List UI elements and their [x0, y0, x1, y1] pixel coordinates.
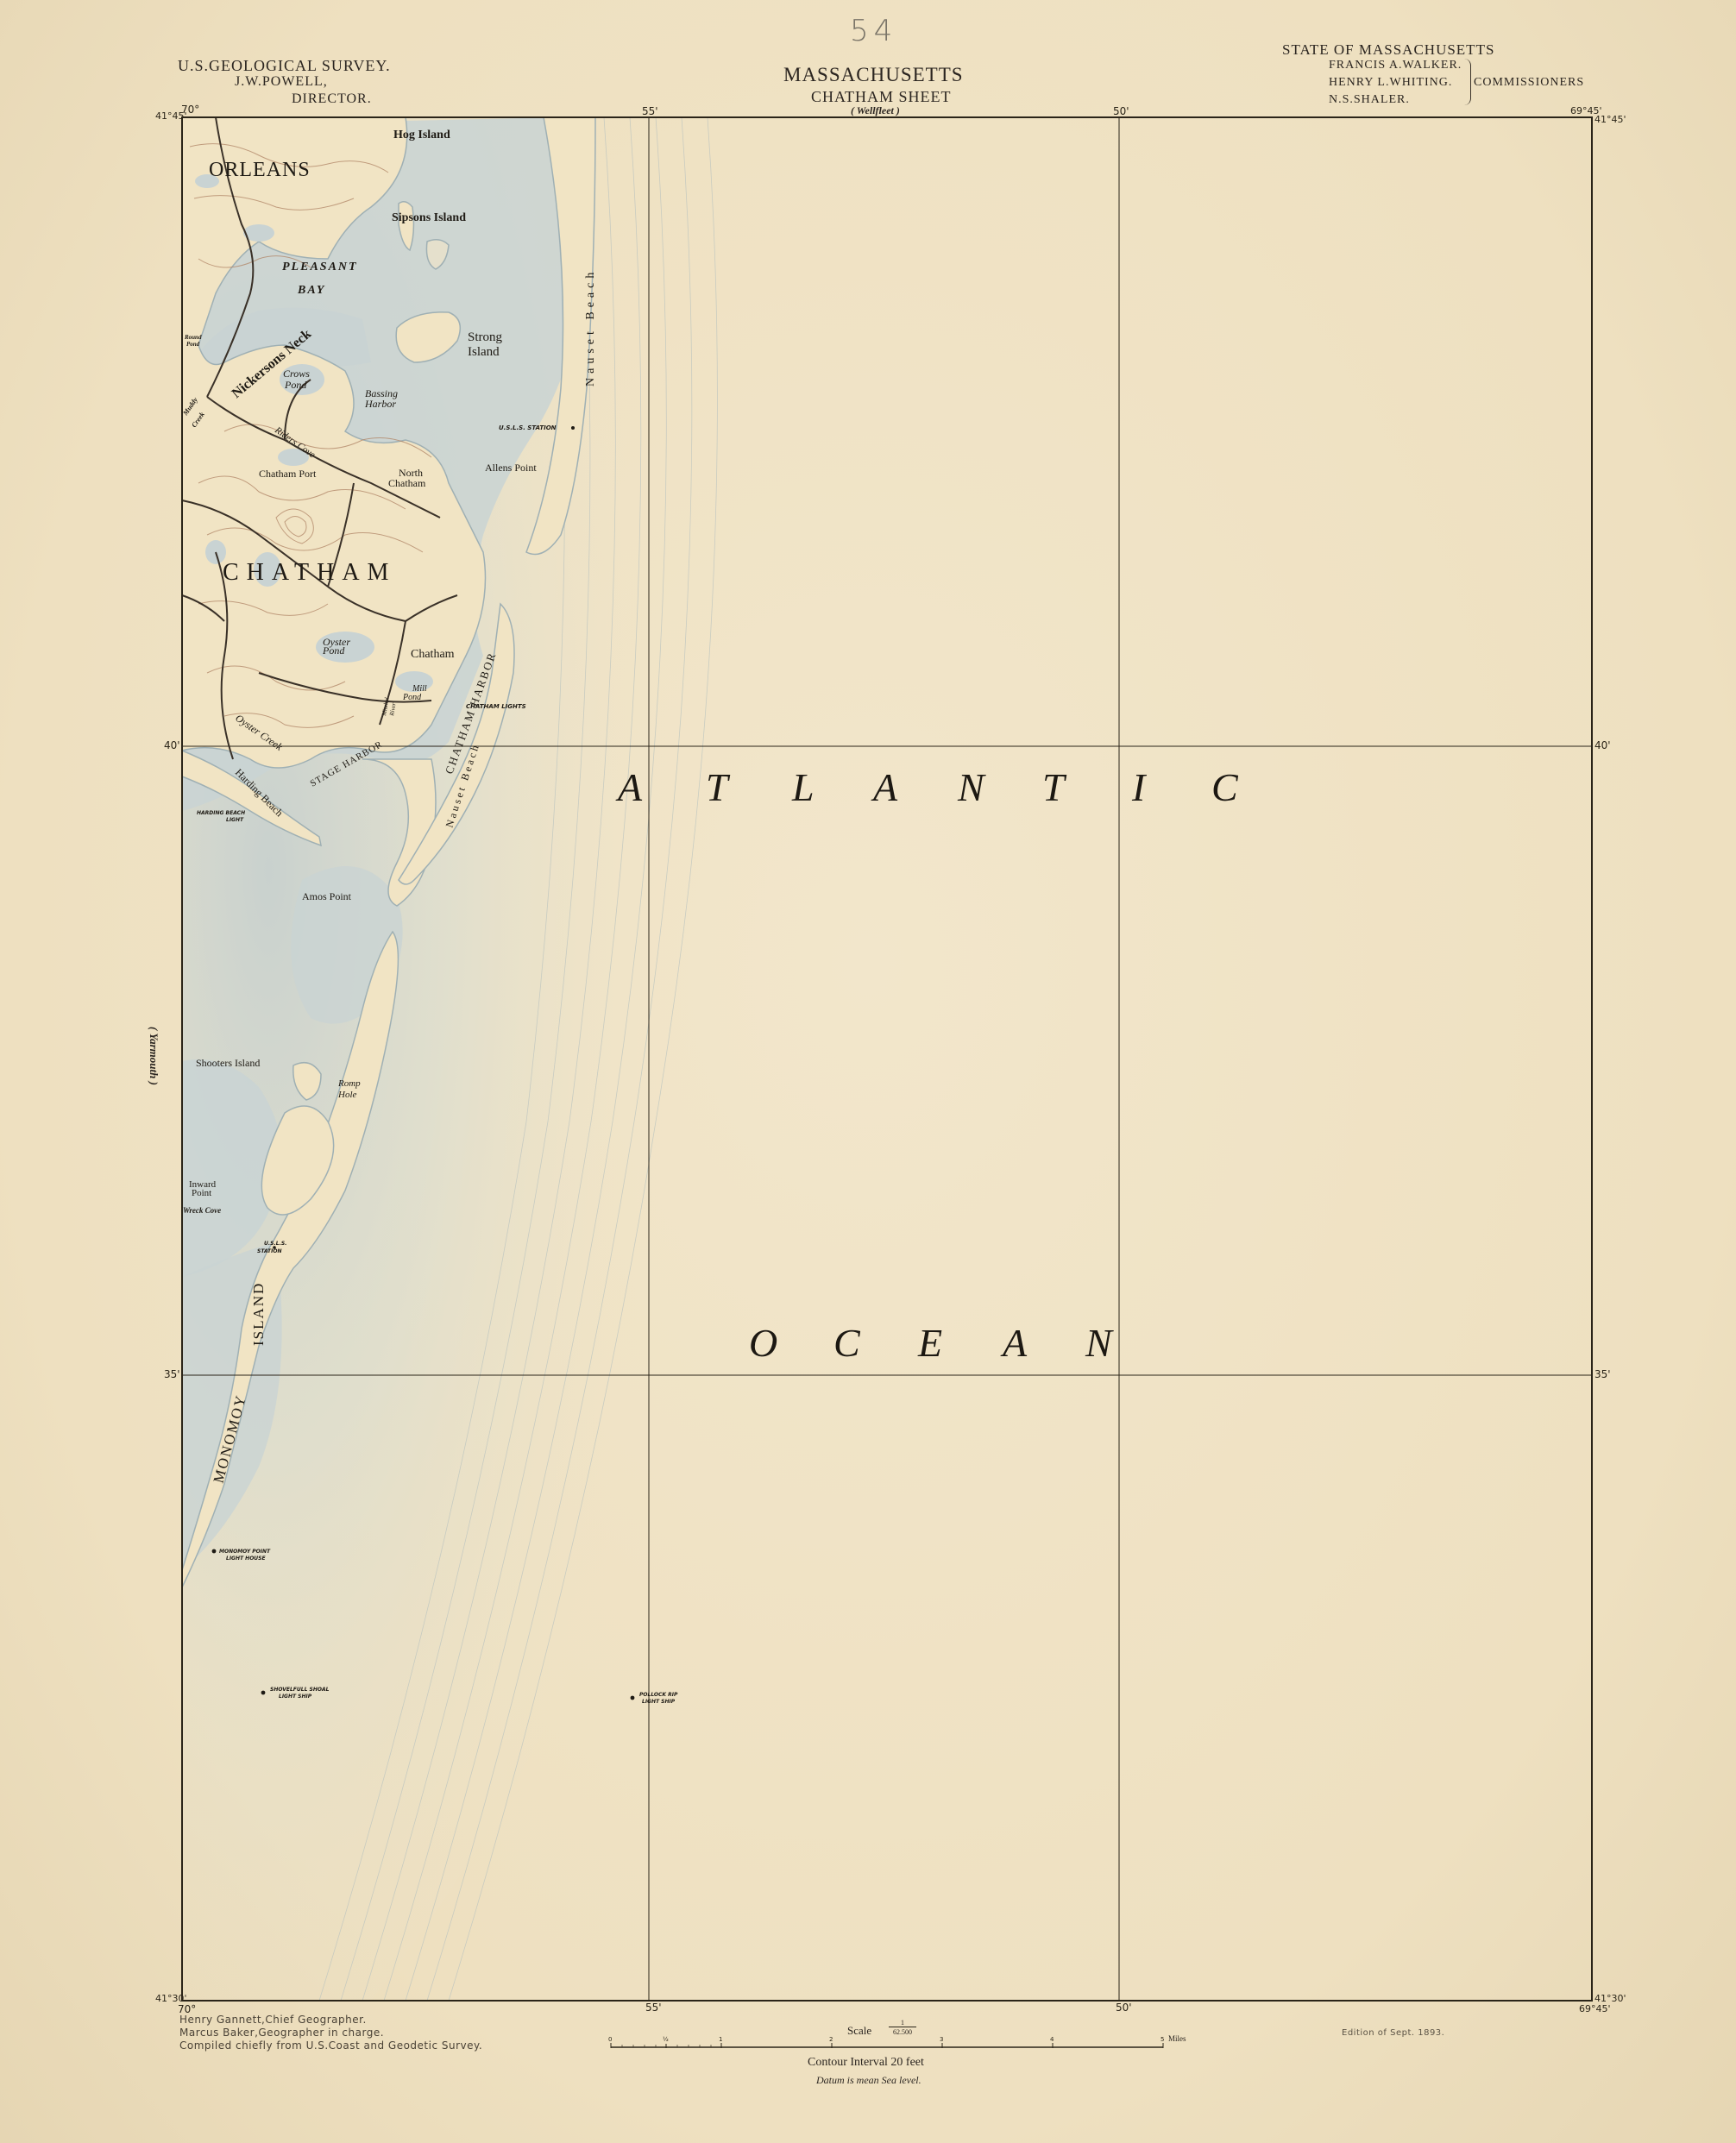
- scale-tick-3: 3: [940, 2036, 943, 2043]
- scale-tick-1: 1: [719, 2036, 722, 2043]
- label-pollock-rip-2: LIGHT SHIP: [642, 1699, 676, 1705]
- label-crows-pond: Crows: [283, 368, 310, 380]
- contour-interval: Contour Interval 20 feet: [808, 2056, 924, 2070]
- monomoy-light-marker: [212, 1549, 217, 1554]
- usls-station-north-marker: [571, 426, 575, 430]
- scale-tick-4: 4: [1050, 2036, 1054, 2043]
- scale-numerator: 1: [889, 2019, 916, 2027]
- label-crows-pond-2: Pond: [284, 379, 307, 391]
- label-shooters-island: Shooters Island: [196, 1057, 260, 1069]
- label-orleans: ORLEANS: [209, 159, 311, 181]
- atlantic-letter: A: [871, 765, 898, 809]
- label-hog-island: Hog Island: [393, 129, 450, 141]
- label-north-chatham-2: Chatham: [388, 477, 426, 489]
- edition-date: Edition of Sept. 1893.: [1342, 2028, 1444, 2038]
- atlantic-letter: I: [1131, 765, 1148, 809]
- label-inward-point-2: Point: [192, 1188, 211, 1198]
- label-harding-light-2: LIGHT: [226, 817, 244, 823]
- ocean-letter: E: [917, 1321, 942, 1365]
- ocean-letter: A: [1000, 1321, 1028, 1365]
- label-romp-hole-2: Hole: [337, 1090, 357, 1100]
- ocean-letter: N: [1085, 1321, 1114, 1365]
- label-sipsons-island: Sipsons Island: [392, 211, 466, 224]
- label-chatham-village: Chatham: [411, 648, 455, 661]
- pollock-rip-marker: [631, 1696, 635, 1700]
- scale-denominator: 62.500: [889, 2028, 916, 2036]
- scale-tick-5: 5: [1160, 2036, 1164, 2043]
- scale-tick-half: ½: [663, 2036, 669, 2043]
- datum-note: Datum is mean Sea level.: [816, 2074, 921, 2087]
- label-chatham-town: CHATHAM: [223, 559, 396, 586]
- ocean-letter: C: [833, 1321, 861, 1365]
- scale-unit: Miles: [1168, 2034, 1186, 2043]
- label-bay: BAY: [297, 284, 325, 297]
- label-romp-hole: Romp: [337, 1078, 361, 1089]
- label-pleasant: PLEASANT: [282, 261, 358, 273]
- scale-tick-0: 0: [608, 2036, 612, 2043]
- label-harding-light: HARDING BEACH: [197, 810, 245, 816]
- shovelfull-marker: [261, 1691, 266, 1695]
- label-monomoy-light-2: LIGHT HOUSE: [226, 1555, 266, 1562]
- scale-label: Scale: [847, 2024, 871, 2038]
- label-nauset-beach-north: Nauset Beach: [584, 268, 597, 386]
- label-round-pond-2: Pond: [186, 341, 200, 348]
- label-chatham-port: Chatham Port: [259, 468, 317, 480]
- label-island: ISLAND: [250, 1282, 267, 1346]
- atlantic-letter: C: [1211, 765, 1239, 809]
- atlantic-letter: T: [706, 765, 731, 809]
- atlantic-label: A T L A N T I C: [615, 765, 1239, 809]
- label-usls-south: U.S.L.S.: [264, 1241, 286, 1247]
- credit-chief-geographer: Henry Gannett,Chief Geographer.: [179, 2014, 367, 2026]
- ocean-label: O C E A N: [749, 1321, 1114, 1365]
- label-usls-station-north: U.S.L.S. STATION: [499, 424, 557, 431]
- label-pollock-rip: POLLOCK RIP: [639, 1692, 678, 1698]
- label-bassing-harbor-2: Harbor: [364, 398, 396, 410]
- label-amos-point: Amos Point: [302, 890, 352, 902]
- label-wreck-cove: Wreck Cove: [183, 1206, 221, 1215]
- label-mill-pond-2: Pond: [402, 693, 422, 702]
- label-round-pond: Round: [184, 334, 202, 341]
- ocean-letter: O: [749, 1321, 777, 1365]
- label-usls-south-2: STATION: [257, 1248, 281, 1254]
- atlantic-letter: L: [791, 765, 815, 809]
- credit-geographer-in-charge: Marcus Baker,Geographer in charge.: [179, 2027, 384, 2039]
- credit-compiled-from: Compiled chiefly from U.S.Coast and Geod…: [179, 2039, 482, 2052]
- label-allens-point: Allens Point: [485, 462, 537, 474]
- label-shovelfull-2: LIGHT SHIP: [279, 1694, 312, 1700]
- label-island: Island: [468, 345, 500, 359]
- scale-tick-2: 2: [829, 2036, 833, 2043]
- label-strong: Strong: [468, 330, 503, 344]
- label-shovelfull: SHOVELFULL SHOAL: [270, 1687, 330, 1693]
- label-monomoy-light: MONOMOY POINT: [219, 1549, 271, 1555]
- scale-bar: [611, 2043, 1163, 2048]
- atlantic-letter: T: [1042, 765, 1067, 809]
- topographic-map: A T L A N T I C O C E A N ORLEANS Hog Is…: [0, 0, 1736, 2143]
- label-oyster-pond-2: Pond: [322, 644, 345, 657]
- atlantic-letter: A: [615, 765, 643, 809]
- atlantic-letter: N: [957, 765, 986, 809]
